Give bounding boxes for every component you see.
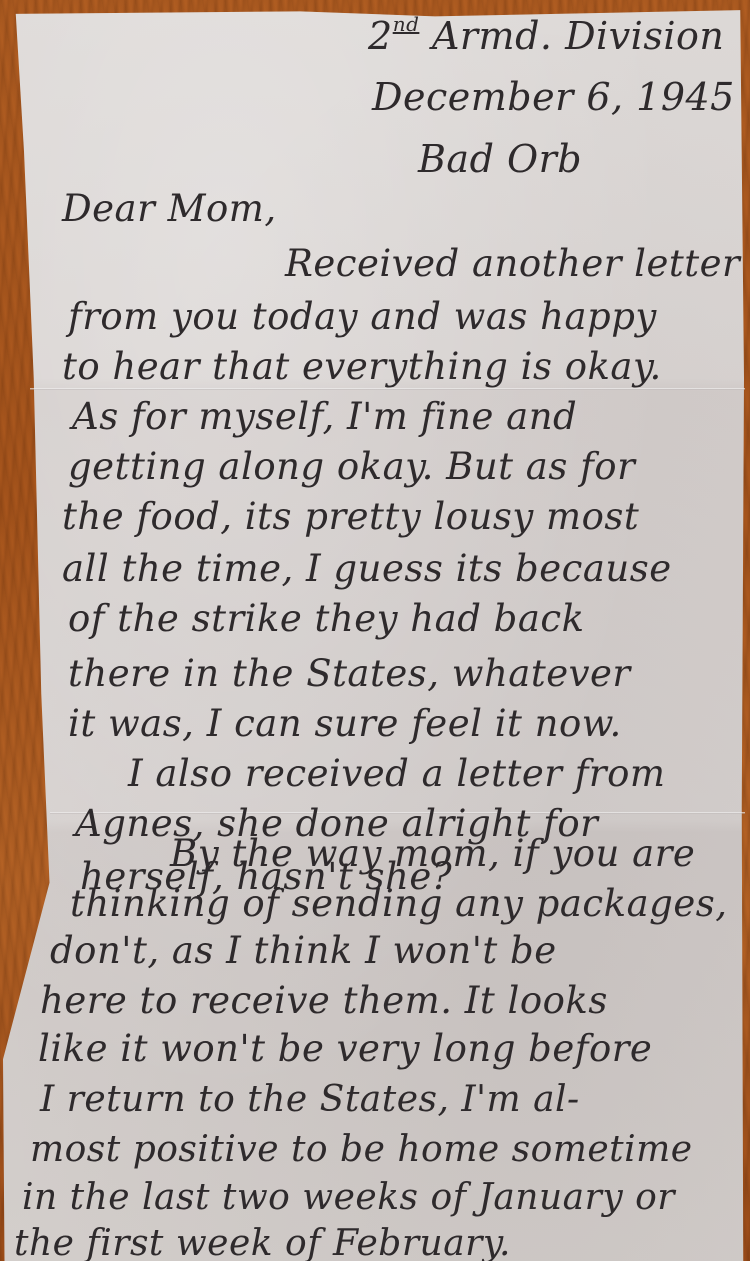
letter-line: in the last two weeks of January or <box>22 1180 675 1216</box>
handwritten-letter-lower: I return to the States, I'm al- most pos… <box>0 0 750 1261</box>
letter-line: most positive to be home sometime <box>30 1132 693 1168</box>
letter-line: the first week of February. <box>14 1226 511 1261</box>
letter-line: I return to the States, I'm al- <box>40 1082 580 1118</box>
